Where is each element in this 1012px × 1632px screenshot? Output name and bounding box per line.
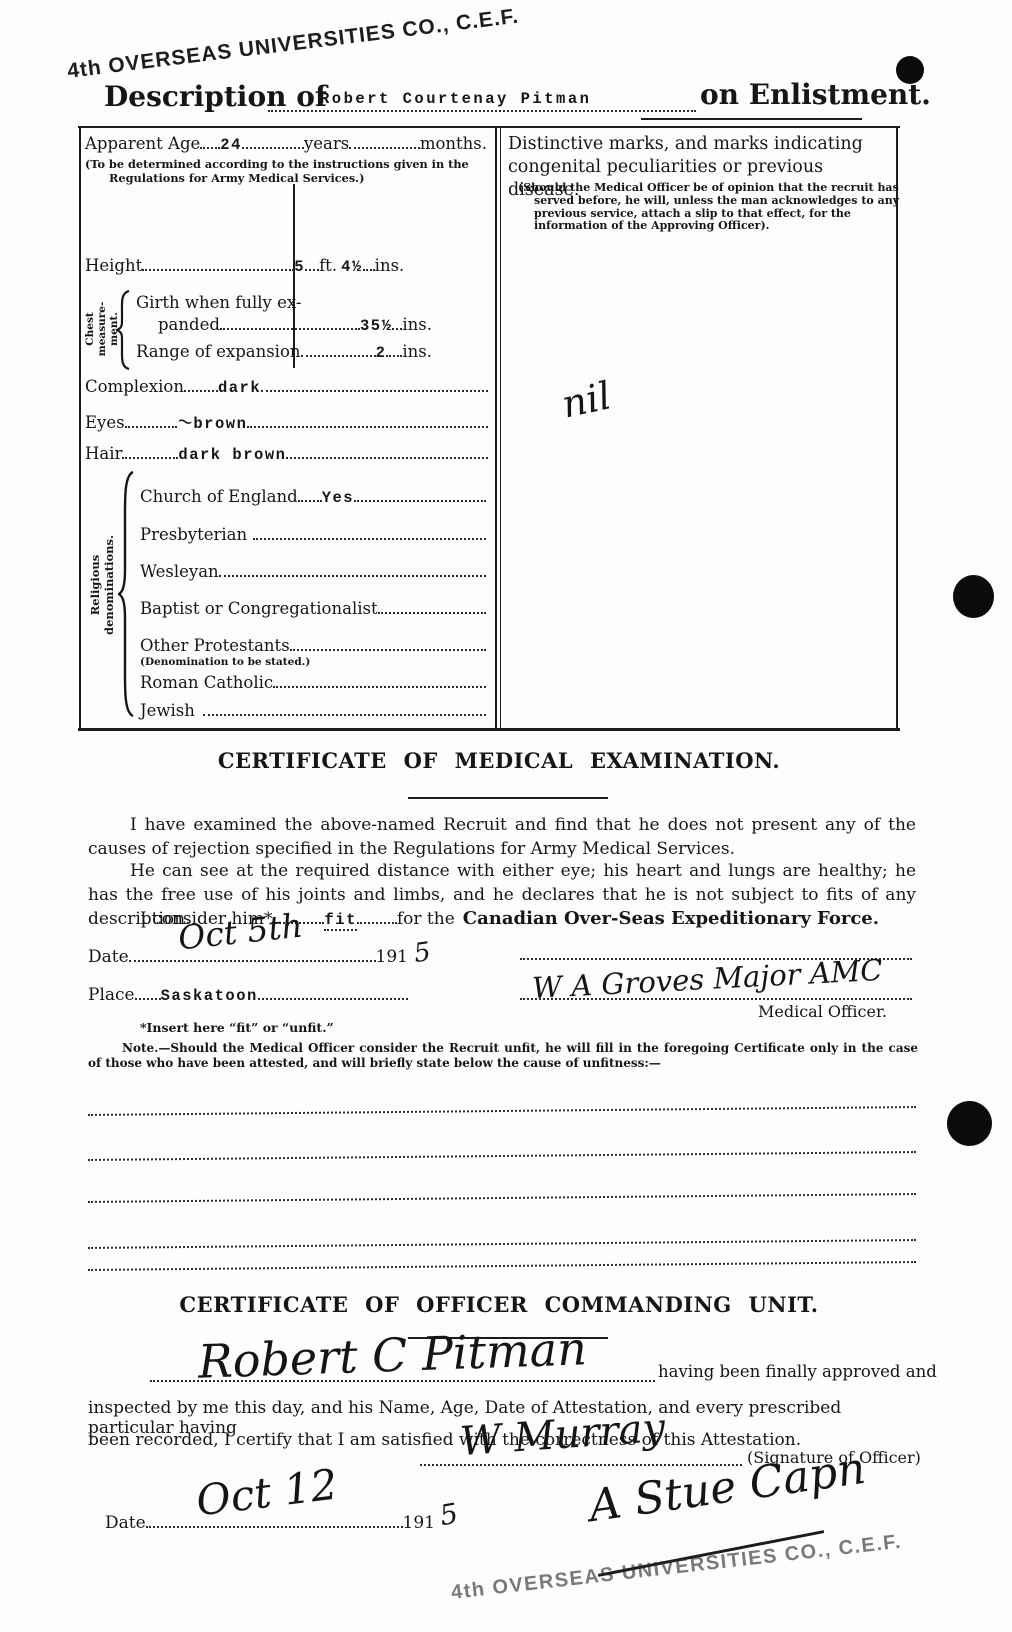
recruit-name-line	[268, 110, 696, 112]
denomination-row-presbyterian: Presbyterian	[140, 525, 486, 544]
header-underline	[641, 118, 862, 120]
officer-year-printed: 191	[403, 1513, 435, 1533]
blank-line-2	[88, 1151, 916, 1161]
apparent-age-row: Apparent Age 24 years months.	[85, 134, 487, 154]
medical-year-handwritten: 5	[412, 937, 433, 969]
medical-note: Note.—Should the Medical Officer conside…	[88, 1041, 918, 1071]
table-border-top	[78, 126, 900, 128]
hole-punch-lower	[947, 1101, 992, 1146]
fit-footnote: *Insert here “fit” or “unfit.”	[140, 1020, 334, 1035]
complexion-value: dark	[218, 379, 261, 397]
medical-paragraph-1: I have examined the above-named Recruit …	[88, 813, 916, 861]
medical-officer-label: Medical Officer.	[758, 1002, 887, 1021]
apparent-age-label: Apparent Age	[85, 134, 200, 153]
denomination-row-jewish: Jewish	[140, 701, 486, 720]
unit-stamp-top: 4th OVERSEAS UNIVERSITIES CO., C.E.F.	[66, 5, 520, 84]
religious-brace	[118, 470, 135, 718]
range-unit: ins.	[402, 342, 432, 361]
eyes-value: brown	[193, 415, 247, 433]
height-ft-unit: ft.	[319, 256, 337, 275]
eyes-label: Eyes	[85, 413, 125, 432]
table-divider-center	[495, 126, 497, 730]
recruit-name-signature: Robert C Pitman	[197, 1321, 587, 1389]
height-label: Height	[85, 256, 142, 275]
hair-row: Hair dark brown	[85, 444, 488, 464]
eyes-row: Eyes ~ brown	[85, 409, 488, 433]
girth-label-line1: Girth when fully ex-	[136, 293, 301, 312]
mo-signature-line-bottom	[520, 998, 912, 1000]
height-in-value: 4½	[341, 258, 363, 276]
hole-punch-middle	[953, 575, 994, 618]
recruit-name-value: Robert Courtenay Pitman	[320, 90, 591, 108]
age-years-label: years	[304, 134, 349, 153]
table-border-left	[79, 126, 81, 730]
girth-value: 35½	[360, 317, 392, 335]
complexion-label: Complexion	[85, 377, 184, 396]
officer-year-handwritten: 5	[437, 1497, 460, 1533]
height-in-unit: ins.	[375, 256, 405, 275]
fitness-value: fit	[324, 911, 356, 931]
age-months-label: months.	[420, 134, 487, 153]
distinctive-marks-value: nil	[558, 373, 615, 426]
enlistment-form-page: 4th OVERSEAS UNIVERSITIES CO., C.E.F. De…	[0, 0, 1012, 1632]
blank-line-5	[88, 1261, 916, 1271]
complexion-row: Complexion dark	[85, 377, 488, 397]
recruit-name-signature-line	[150, 1380, 655, 1382]
height-row: Height 5 ft. 4½ ins.	[85, 256, 430, 276]
range-of-expansion-row: Range of expansion 2 ins.	[136, 342, 432, 362]
denomination-row-wesleyan: Wesleyan	[140, 562, 486, 581]
medical-place-value: Saskatoon	[161, 987, 258, 1005]
girth-row: panded 35½ ins.	[136, 315, 432, 335]
force-name: Canadian Over-Seas Expeditionary Force.	[463, 908, 879, 929]
religious-denominations-label: Religious denominations.	[88, 486, 118, 684]
medical-year-printed: 191	[376, 947, 408, 967]
blank-line-3	[88, 1193, 916, 1203]
approver-signature: A Stue Capn	[586, 1443, 869, 1532]
denomination-row-church-of-england: Church of England Yes	[140, 487, 486, 507]
form-title-enlistment: on Enlistment.	[700, 78, 931, 111]
denomination-row-roman-catholic: Roman Catholic	[140, 673, 486, 692]
chest-brace	[116, 290, 131, 370]
table-border-bottom	[78, 728, 900, 731]
distinctive-marks-note: (Should the Medical Officer be of opinio…	[518, 182, 906, 233]
range-label: Range of expansion	[136, 342, 301, 361]
blank-line-1	[88, 1106, 916, 1116]
officer-certificate-heading: CERTIFICATE OF OFFICER COMMANDING UNIT.	[89, 1292, 909, 1317]
approved-text: having been finally approved and	[658, 1362, 937, 1381]
unit-stamp-bottom: 4th OVERSEAS UNIVERSITIES CO., C.E.F.	[450, 1531, 903, 1605]
apparent-age-value: 24	[220, 136, 242, 154]
hole-punch-top	[896, 56, 924, 84]
girth-unit: ins.	[402, 315, 432, 334]
apparent-age-note: (To be determined according to the instr…	[85, 158, 507, 185]
officer-date-row: Date 191	[105, 1512, 435, 1533]
denomination-row-baptist: Baptist or Congregationalist	[140, 599, 486, 618]
range-value: 2	[376, 344, 387, 362]
denomination-row-other-protestants: Other Protestants	[140, 636, 486, 655]
church-of-england-value: Yes	[322, 489, 354, 507]
officer-date-label: Date	[105, 1513, 146, 1533]
consider-for-label: for the	[397, 909, 455, 929]
medical-date-label: Date	[88, 947, 129, 967]
blank-line-4	[88, 1239, 916, 1249]
hair-value: dark brown	[178, 446, 286, 464]
medical-certificate-heading: CERTIFICATE OF MEDICAL EXAMINATION.	[89, 748, 909, 773]
medical-place-label: Place	[88, 985, 135, 1005]
form-title-description: Description of	[104, 80, 327, 113]
other-protestants-note: (Denomination to be stated.)	[140, 656, 310, 668]
girth-label-line2: panded	[136, 315, 220, 334]
height-ft-value: 5	[294, 258, 305, 276]
medical-place-row: Place Saskatoon	[88, 984, 408, 1005]
table-divider-center-2	[500, 126, 501, 730]
medical-date-row: Date 191	[88, 946, 408, 967]
hair-label: Hair	[85, 444, 122, 463]
medical-heading-divider	[408, 797, 608, 799]
